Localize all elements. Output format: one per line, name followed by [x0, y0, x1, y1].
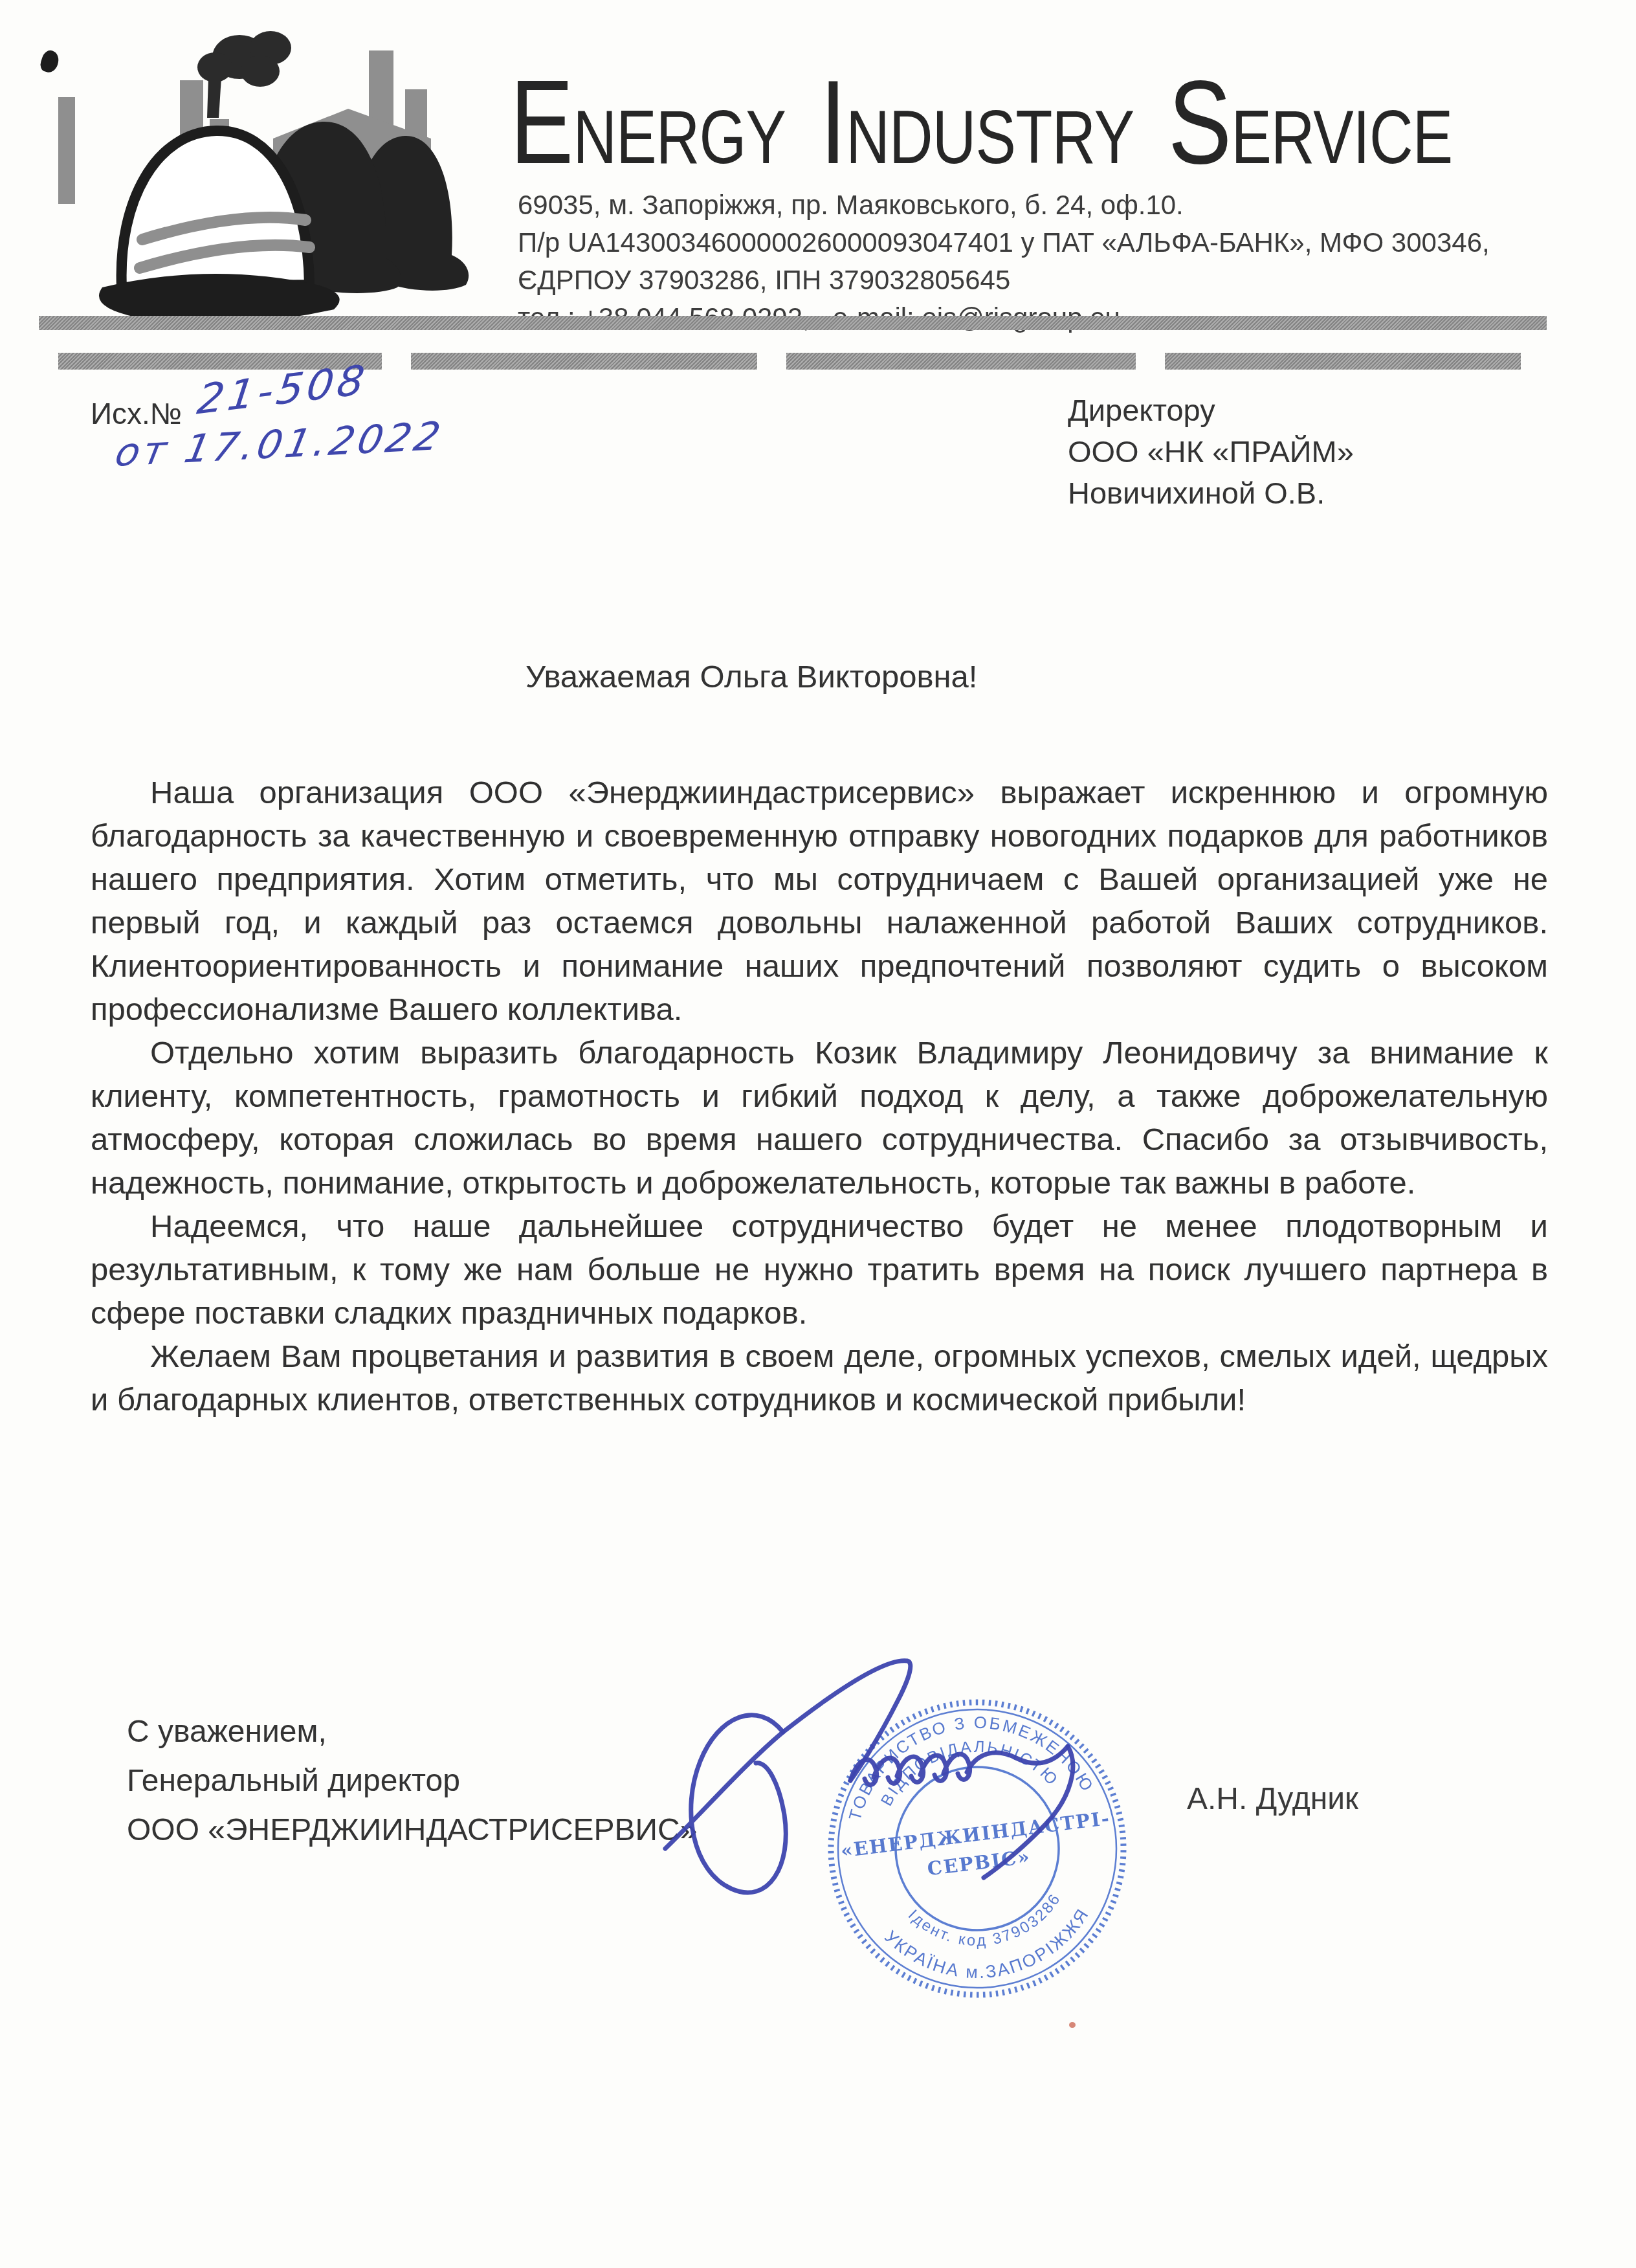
body-paragraph: Желаем Вам процветания и развития в свое…: [91, 1335, 1548, 1422]
scanned-letter-page: ENERGYINDUSTRYSERVICE 69035, м. Запоріжж…: [0, 0, 1636, 2268]
separator-bar-segment: [786, 353, 1136, 370]
separator-bar-segment: [411, 353, 757, 370]
company-name-word: SERVICE: [1168, 62, 1452, 181]
closing-line: ООО «ЭНЕРДЖИИНДАСТРИСЕРВИС»: [127, 1806, 697, 1855]
closing-line: С уважением,: [127, 1707, 697, 1757]
salutation: Уважаемая Ольга Викторовна!: [525, 659, 977, 695]
address-line: П/р UA143003460000026000093047401 у ПАТ …: [518, 224, 1490, 261]
recipient-line: Директору: [1068, 390, 1354, 431]
separator-bar-segment: [1165, 353, 1521, 370]
company-logo: [45, 27, 472, 318]
company-name-word: INDUSTRY: [820, 62, 1134, 181]
address-line: 69035, м. Запоріжжя, пр. Маяковського, б…: [518, 186, 1490, 224]
recipient-line: ООО «НК «ПРАЙМ»: [1068, 431, 1354, 472]
company-name-word: ENERGY: [510, 62, 786, 181]
body-paragraph: Наша организация ООО «Энерджииндастрисер…: [91, 772, 1548, 1032]
reference-label: Исх.№: [91, 396, 182, 431]
recipient-block: Директору ООО «НК «ПРАЙМ» Новичихиной О.…: [1068, 390, 1354, 514]
address-line: ЄДРПОУ 37903286, ІПН 379032805645: [518, 261, 1490, 299]
body-paragraph: Надеемся, что наше дальнейшее сотрудниче…: [91, 1205, 1548, 1335]
company-address-block: 69035, м. Запоріжжя, пр. Маяковського, б…: [518, 186, 1490, 337]
closing-block: С уважением, Генеральный директор ООО «Э…: [127, 1707, 697, 1855]
body-paragraph: Отдельно хотим выразить благодарность Ко…: [91, 1032, 1548, 1205]
letter-body: Наша организация ООО «Энерджииндастрисер…: [91, 772, 1548, 1422]
recipient-line: Новичихиной О.В.: [1068, 472, 1354, 514]
red-ink-speck: [1069, 2022, 1076, 2028]
director-signature: [654, 1654, 1120, 1933]
signer-name: А.Н. Дудник: [1187, 1781, 1358, 1817]
separator-bar-full: [39, 316, 1547, 330]
company-name: ENERGYINDUSTRYSERVICE: [510, 62, 1487, 181]
closing-line: Генеральный директор: [127, 1757, 697, 1806]
smoke-icon: [197, 31, 291, 118]
